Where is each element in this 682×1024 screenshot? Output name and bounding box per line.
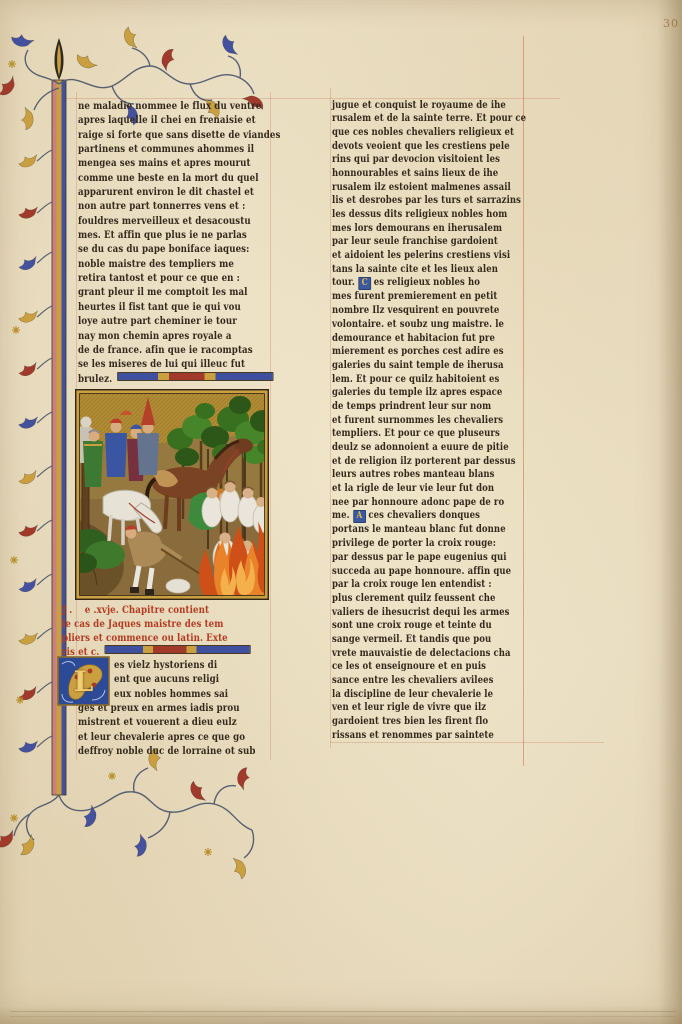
page-edge-shadow-right (658, 0, 682, 1024)
text-line: loye autre part cheminer ie tour (78, 314, 280, 328)
text-line: comme une beste en la mort du quel (78, 171, 280, 185)
text-line: que ces nobles chevaliers religieux et (332, 126, 526, 140)
chapter-rubric: J . e .xvje. Chapitre contientle cas de … (62, 603, 251, 659)
miniature-painting (75, 389, 269, 600)
text-line: succeda au pape honnoure. affin que (332, 565, 526, 579)
text-line: vrete mauvaistie de delectacions cha (332, 647, 526, 661)
text-line: mes lors demourans en iherusalem (332, 222, 526, 236)
text-line: ven et leur rigle de vivre que ilz (332, 701, 526, 715)
text-line: honnourables et sains lieux de ihe (332, 167, 526, 181)
text-line: nee par honnoure adonc pape de ro (332, 496, 526, 510)
text-line: par la croix rouge len entendist : (332, 578, 526, 592)
text-line: et leur chevalerie apres ce que go (78, 730, 256, 744)
text-line: et furent surnommes les chevaliers (332, 414, 526, 428)
text-column-right: jugue et conquist le royaume de iherusal… (332, 99, 526, 743)
text-line: templiers. Et pour ce que pluseurs (332, 427, 526, 441)
text-line: gardoient tres bien les firent flo (332, 715, 526, 729)
text-line: deffroy noble duc de lorraine ot sub (78, 744, 256, 758)
text-line: retira tantost et pour ce que en : (78, 271, 280, 285)
text-line: privilege de porter la croix rouge: (332, 537, 526, 551)
text-line: sange vermeil. Et tandis que pou (332, 633, 526, 647)
text-line: demourance et habitacion fut pre (332, 332, 526, 346)
manuscript-page: 30 (0, 0, 682, 1024)
text-line: apparurent environ le dit chastel et (78, 185, 280, 199)
text-line: les dessus dits religieux nobles hom (332, 208, 526, 222)
text-line: es vielz hystoriens di (114, 658, 228, 672)
text-line: de temps prindrent leur sur nom (332, 400, 526, 414)
text-line: J . e .xvje. Chapitre contient (62, 603, 251, 617)
text-line: rusalem ilz estoient malmenes assail (332, 181, 526, 195)
illuminated-initial: L (57, 656, 110, 706)
text-line: partinens et communes ahommes il (78, 142, 280, 156)
text-line: ent que aucuns religi (114, 672, 228, 686)
text-line: non autre part tonnerres vens et : (78, 199, 280, 213)
ruling-line-vertical (330, 88, 331, 748)
line-filler-ornament (104, 645, 250, 654)
text-line: tour.Ces religieux nobles ho (332, 276, 526, 290)
text-line: fouldres merveilleux et desacoustu (78, 214, 280, 228)
text-line: galeries du temple ilz apres espace (332, 386, 526, 400)
text-column-left: ne maladie nommee le flux du ventreapres… (78, 99, 280, 386)
page-edge-lines (10, 1011, 676, 1017)
text-line: mistrent et vouerent a dieu eulz (78, 715, 256, 729)
text-line: lis et desrobes par les turs et sarrazin… (332, 194, 526, 208)
text-line: et aidoient les pelerins crestiens visi (332, 249, 526, 263)
text-line: sance entre les chevaliers avilees (332, 674, 526, 688)
text-line: volontaire. et soubz ung maistre. le (332, 318, 526, 332)
text-line: pliers et commence ou latin. Exte (62, 631, 251, 645)
text-line: lem. Et pour ce quilz habitoient es (332, 373, 526, 387)
text-line: galeries du saint temple de iherusa (332, 359, 526, 373)
text-line: mes furent premierement en petit (332, 290, 526, 304)
text-line: heurtes il fist tant que ie qui vou (78, 300, 280, 314)
text-line: la discipline de leur chevalerie le (332, 688, 526, 702)
text-line: sont une croix rouge et teinte du (332, 619, 526, 633)
text-line: tans la sainte cite et les lieux alen (332, 263, 526, 277)
initial-letter: L (57, 656, 110, 706)
text-line: et la rigle de leur vie leur fut don (332, 482, 526, 496)
text-line: portans le manteau blanc fut donne (332, 523, 526, 537)
text-line: valiers de ihesucrist dequi les armes (332, 606, 526, 620)
text-line: brulez. (78, 372, 280, 386)
text-line: se du cas du pape boniface iaques: (78, 242, 280, 256)
line-filler-ornament (117, 372, 273, 381)
text-line: me.Aces chevaliers donques (332, 509, 526, 523)
text-line: mengea ses mains et apres mourut (78, 156, 280, 170)
text-column-left-continued: ges et preux en armes iadis proumistrent… (78, 701, 256, 758)
text-line: leurs autres robes manteau blans (332, 468, 526, 482)
text-line: mierement es porches cest adire es (332, 345, 526, 359)
text-line: jugue et conquist le royaume de ihe (332, 99, 526, 113)
text-line: raige si forte que sans disette de viand… (78, 128, 280, 142)
text-line: apres laquelle il chei en frenaisie et (78, 113, 280, 127)
text-line: devots veoient que les crestiens pele (332, 140, 526, 154)
text-line: ce les ot enseignoure et en puis (332, 660, 526, 674)
text-line: plus clerement quilz feussent che (332, 592, 526, 606)
text-line: par leur seule franchise gardoient (332, 235, 526, 249)
text-line: et de religion ilz porterent par dessus (332, 455, 526, 469)
text-line: eux nobles hommes sai (114, 687, 228, 701)
inline-decorated-initial: A (353, 510, 366, 523)
text-line: rins qui par devocion visitoient les (332, 153, 526, 167)
text-line: de de france. afin que ie racomptas (78, 343, 280, 357)
text-line: le cas de Jaques maistre des tem (62, 617, 251, 631)
text-line: ne maladie nommee le flux du ventre (78, 99, 280, 113)
text-line: grant pleur il me comptoit les mal (78, 285, 280, 299)
text-line: par dessus par le pape eugenius qui (332, 551, 526, 565)
text-line: se les miseres de lui qui illeuc fut (78, 357, 280, 371)
text-line: nombre Ilz vesquirent en pouvrete (332, 304, 526, 318)
text-line: deulz se adonnoient a euure de pitie (332, 441, 526, 455)
inline-decorated-initial: C (358, 277, 371, 290)
text-line: mes. Et affin que plus ie ne parlas (78, 228, 280, 242)
text-line: rusalem et de la sainte terre. Et pour c… (332, 112, 526, 126)
text-column-left-indented: es vielz hystoriens dient que aucuns rel… (114, 658, 228, 701)
text-line: rissans et renommes par saintete (332, 729, 526, 743)
text-line: noble maistre des templiers me (78, 257, 280, 271)
miniature-burning-of-templars (75, 389, 269, 600)
text-line: nay mon chemin apres royale a (78, 329, 280, 343)
